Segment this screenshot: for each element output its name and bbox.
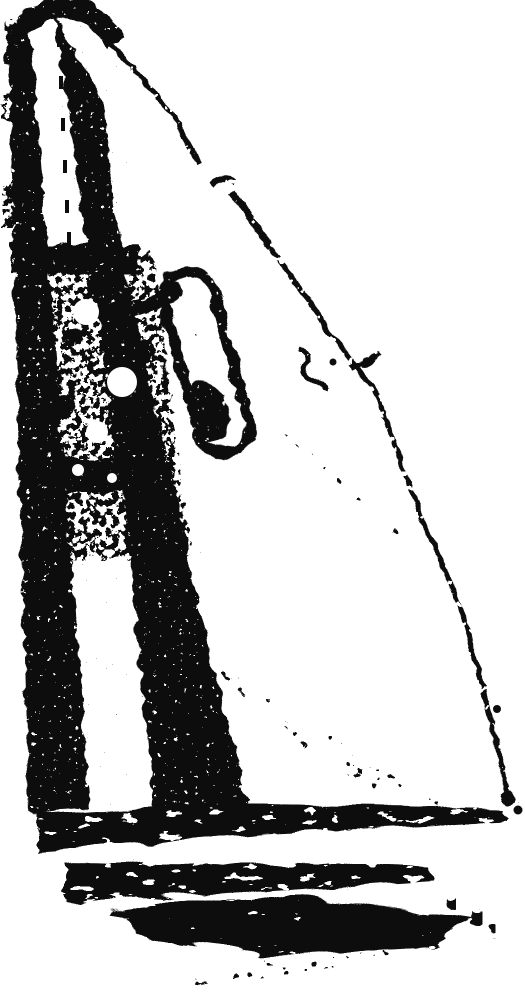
- highlight-patch: [73, 299, 99, 325]
- margin-dash: [26, 522, 37, 566]
- ground-shadows: [33, 802, 502, 982]
- halyard-squiggle: [296, 346, 323, 389]
- window-inner-speck: [181, 324, 198, 341]
- texture-blob: [51, 393, 73, 415]
- texture-blob: [85, 273, 115, 303]
- texture-blob: [108, 410, 132, 434]
- shadow-satellite: [484, 923, 494, 933]
- forestay-lower: [268, 247, 505, 792]
- mast-seam-dot: [63, 160, 67, 173]
- margin-dash: [0, 180, 12, 226]
- shadow-satellite: [442, 894, 454, 906]
- saddle-hole: [107, 473, 117, 483]
- sheet-streak: [303, 744, 378, 788]
- margin-dash: [20, 430, 33, 488]
- squiggle-dot: [330, 359, 337, 366]
- stay-junction-knot: [358, 353, 370, 365]
- margin-dash: [14, 322, 25, 362]
- mast-seam-dot: [59, 76, 63, 89]
- highlight-patch: [86, 421, 108, 443]
- anchor-blob: [497, 787, 515, 805]
- forestay-mid: [231, 190, 268, 247]
- mast-seam-dot: [57, 34, 61, 47]
- scanned-photo: High-contrast grainy halftone scan of a …: [0, 0, 525, 995]
- margin-dash: [0, 92, 10, 118]
- highlight-patch: [107, 367, 137, 397]
- texture-blob: [61, 325, 79, 343]
- sheet-streak: [336, 760, 438, 801]
- halftone-illustration: High-contrast grainy halftone scan of a …: [0, 0, 525, 995]
- shadow-satellite: [464, 909, 480, 925]
- hull-saddle: [40, 456, 142, 490]
- sheet-streak: [237, 672, 303, 743]
- shadow-band-2: [62, 858, 428, 899]
- shadow-band-1: [33, 802, 502, 849]
- mast-seam-dot: [65, 200, 69, 213]
- forestay-hook: [210, 178, 235, 184]
- saddle-hole: [72, 464, 84, 476]
- margin-dash: [0, 16, 13, 38]
- texture-blob: [146, 490, 170, 514]
- anchor-dot: [514, 806, 523, 815]
- texture-blob: [131, 337, 153, 359]
- mast-seam-dot: [61, 118, 65, 131]
- line-dot: [493, 705, 501, 713]
- sheet-streak: [263, 694, 425, 799]
- shadow-band-3: [105, 893, 466, 952]
- shadow-band-4b: [177, 962, 340, 982]
